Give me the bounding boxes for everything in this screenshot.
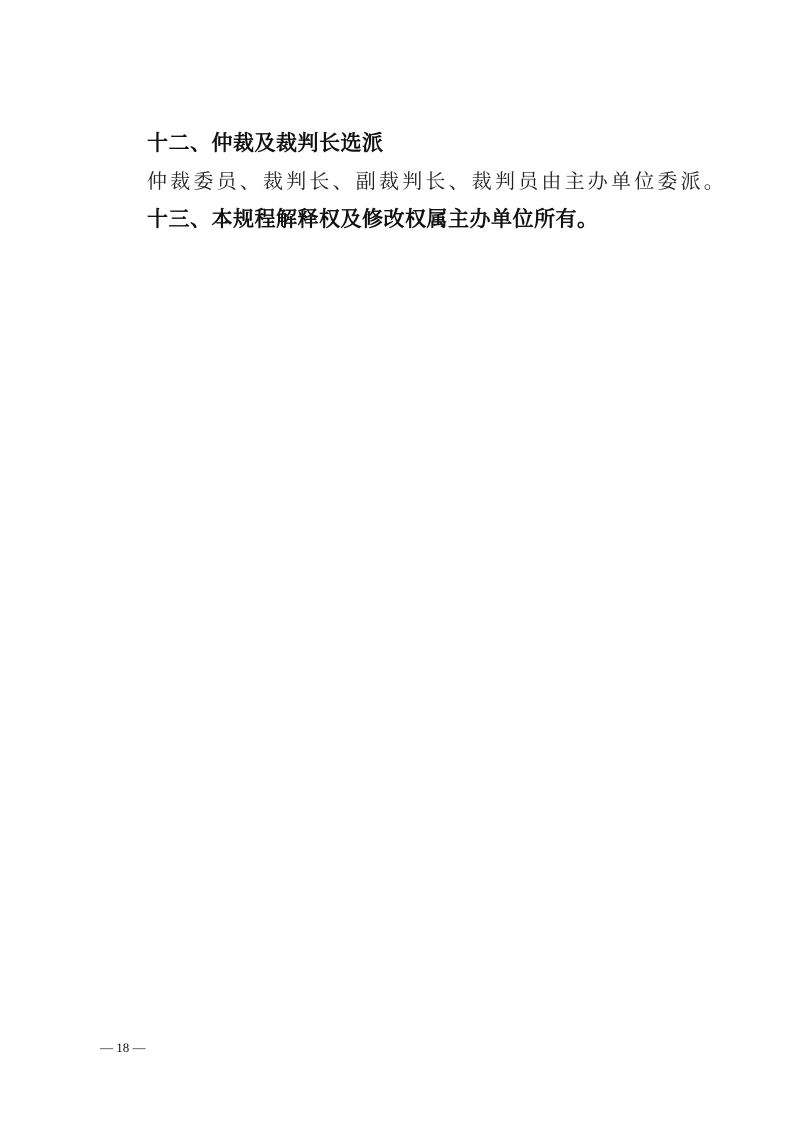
- document-page: 十二、仲裁及裁判长选派 仲裁委员、裁判长、副裁判长、裁判员由主办单位委派。 十三…: [0, 0, 800, 1131]
- section-heading-13: 十三、本规程解释权及修改权属主办单位所有。: [147, 203, 599, 233]
- page-number: — 18 —: [100, 1040, 146, 1056]
- section-heading-12: 十二、仲裁及裁判长选派: [147, 127, 384, 157]
- section-body-12: 仲裁委员、裁判长、副裁判长、裁判员由主办单位委派。: [147, 165, 727, 194]
